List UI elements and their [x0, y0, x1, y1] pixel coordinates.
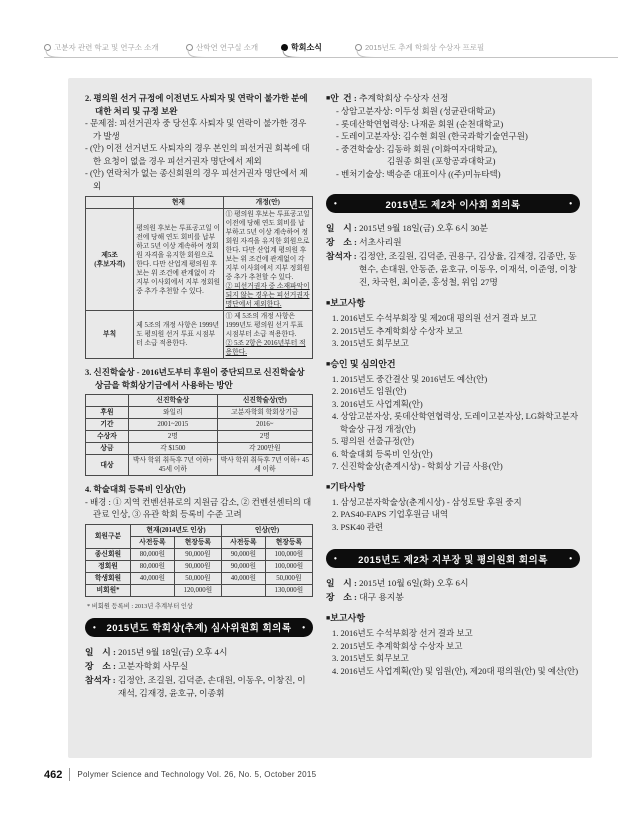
list-item: 3. PSK40 관련	[332, 521, 580, 534]
list-item: 1. 삼성고분자학술상(춘계시상) - 삼성토탈 후원 중지	[332, 496, 580, 509]
meeting-title-bar: 2015년도 학회상(추계) 심사위원회 회의록	[85, 618, 313, 637]
col-onsite-registration: 현장등록	[174, 536, 221, 548]
meeting-title-bar: 2015년도 제2차 이사회 회의록	[326, 194, 580, 213]
meeting-date-row: 일 시 2015년 10월 6일(화) 오후 6시	[326, 577, 580, 590]
journal-footer-text: Polymer Science and Technology Vol. 26, …	[77, 770, 316, 779]
award-winner-line: - 중견학술상: 김동하 회원 (이화여자대학교),	[336, 143, 580, 156]
list-item: 3. 2015년도 회무보고	[332, 337, 580, 350]
item-bullets: - 배경 : ① 지역 컨벤션뷰로의 지원금 감소, ② 컨벤션센터의 대관료 …	[85, 496, 313, 521]
approval-list: 1. 2015년도 중간결산 및 2016년도 예산(안)2. 2016년도 임…	[326, 373, 580, 473]
agenda-heading: 안 건 추계학회상 수상자 선정	[326, 92, 580, 105]
table-row: 제5조 (후보자격) 평의원 후보는 투표공고일 이전에 당해 연도 회비를 납…	[86, 209, 313, 311]
page-footer: 462 Polymer Science and Technology Vol. …	[44, 768, 316, 781]
table-row: 후원 와일리 고분자학회 학회상기금	[86, 407, 313, 419]
etc-section-heading: 기타사항	[326, 481, 580, 494]
registration-fee-table: 회원구분 현재(2014년도 인상) 인상(안) 사전등록 현장등록 사전등록 …	[85, 524, 313, 597]
table-header-row: 신진학술상 신진학술상(안)	[86, 395, 313, 407]
revised-clause-2: ② 5조 2항은 2016년부터 적용한다.	[226, 339, 310, 357]
revised-clause-1: ① 제 5조의 개정 사항은 1999년도 평의원 선거 투표 시점부터 소급 …	[226, 312, 310, 339]
meeting-date-row: 일 시 2015년 9월 18일(금) 오후 4시	[85, 646, 313, 659]
meeting-date-row: 일 시 2015년 9월 18일(금) 오후 6시 30분	[326, 222, 580, 235]
table-row: 수상자 2명 2명	[86, 431, 313, 443]
table-row: 종신회원 80,000원 90,000원 90,000원 100,000원	[86, 548, 313, 560]
table-row: 정회원 80,000원 90,000원 90,000원 100,000원	[86, 560, 313, 572]
col-pre-registration: 사전등록	[131, 536, 175, 548]
content-panel: 2. 평의원 선거 규정에 이전년도 사퇴자 및 연락이 불가한 분에 대한 처…	[68, 78, 592, 758]
revised-clause-2: ② 피선거권자 중 소재파악이 되지 않는 경우는 피선거권자 명단에서 제외한…	[226, 282, 310, 309]
list-item: 6. 학술대회 등록비 인상(안)	[332, 448, 580, 461]
table-header-row: 회원구분 현재(2014년도 인상) 인상(안)	[86, 524, 313, 536]
meeting-attendees-row: 참석자 김정안, 조길원, 김덕준, 권용구, 김상율, 김재경, 김종만, 동…	[326, 250, 580, 289]
list-item: 2. 2016년도 임원(안)	[332, 385, 580, 398]
bylaw-revision-table: 현재 개정(안) 제5조 (후보자격) 평의원 후보는 투표공고일 이전에 당해…	[85, 196, 313, 359]
report-list: 1. 2016년도 수석부회장 및 제20대 평의원 선거 결과 보고2. 20…	[326, 312, 580, 350]
award-winner-line: 김원종 회원 (포항공과대학교)	[336, 155, 580, 168]
table-row: 부칙 제 5조의 개정 사항은 1999년도 평의원 선거 투표 시점부터 소급…	[86, 311, 313, 359]
item-title: 4. 학술대회 등록비 인상(안)	[85, 483, 313, 496]
list-item: 2. PAS40-FAPS 기업후원금 내역	[332, 508, 580, 521]
col-raised-fee: 인상(안)	[221, 524, 312, 536]
col-current-fee: 현재(2014년도 인상)	[131, 524, 222, 536]
fee-table-footnote: * 비회원 등록비 : 2013년 추계부터 인상	[87, 601, 313, 610]
table-header-row: 현재 개정(안)	[86, 197, 313, 209]
meeting-title: 2015년도 제2차 이사회 회의록	[337, 197, 569, 211]
bullet-line: - (안) 이전 선거년도 사퇴자의 경우 본인의 피선거권 회복에 대한 요청…	[85, 142, 313, 167]
bullet-line: - 배경 : ① 지역 컨벤션뷰로의 지원금 감소, ② 컨벤션센터의 대관료 …	[85, 496, 313, 521]
report-section-heading: 보고사항	[326, 297, 580, 310]
list-item: 3. 2016년도 사업계획(안)	[332, 398, 580, 411]
item-title: 3. 신진학술상 - 2016년도부터 후원이 중단되므로 신진학술상 상금을 …	[85, 366, 313, 391]
page-number: 462	[44, 769, 62, 781]
list-item: 1. 2016년도 수석부회장 및 제20대 평의원 선거 결과 보고	[332, 312, 580, 325]
table-row: 대상 박사 학위 취득후 7년 이하+ 45세 이하 박사 학위 취득후 7년 …	[86, 455, 313, 476]
col-old: 신진학술상	[129, 395, 218, 407]
item-bullets: - 문제점: 피선거권자 중 당선후 사퇴자 및 연락이 불가한 경우가 발생-…	[85, 117, 313, 192]
table-row: 기간 2001~2015 2016~	[86, 419, 313, 431]
empty-header-cell	[86, 197, 134, 209]
col-new: 신진학술상(안)	[217, 395, 312, 407]
meeting-title-bar: 2015년도 제2차 지부장 및 평의원회 회의록	[326, 549, 580, 568]
list-item: 7. 신진학술상(춘계시상) - 학회상 기금 사용(안)	[332, 460, 580, 473]
meeting-place-row: 장 소 대구 용지봉	[326, 591, 580, 604]
etc-list: 1. 삼성고분자학술상(춘계시상) - 삼성토탈 후원 중지2. PAS40-F…	[326, 496, 580, 534]
award-winner-line: - 벤처기술상: 백승준 대표이사 ((주)미뉴타텍)	[336, 168, 580, 181]
list-item: 5. 평의원 선출규정(안)	[332, 435, 580, 448]
table-row: 학생회원 40,000원 50,000원 40,000원 50,000원	[86, 572, 313, 584]
nav-connector-lines	[0, 40, 621, 64]
journal-page: 고분자 관련 학교 및 연구소 소개 산학연 연구실 소개 학회소식 2015년…	[0, 0, 621, 830]
meeting-place-row: 장 소 고분자학회 사무실	[85, 660, 313, 673]
list-item: 2. 2015년도 추계학회상 수상자 보고	[332, 325, 580, 338]
table-row: 비회원* 120,000원 130,000원	[86, 584, 313, 596]
list-item: 2. 2015년도 추계학회상 수상자 보고	[332, 640, 580, 653]
col-current: 현재	[134, 197, 223, 209]
col-member-type: 회원구분	[86, 524, 131, 548]
empty-header-cell	[86, 395, 129, 407]
award-winner-line: - 롯데산학연협력상: 나재운 회원 (순천대학교)	[336, 118, 580, 131]
meeting-place-row: 장 소 서초사리원	[326, 236, 580, 249]
item-title: 2. 평의원 선거 규정에 이전년도 사퇴자 및 연락이 불가한 분에 대한 처…	[85, 92, 313, 117]
young-scholar-award-table: 신진학술상 신진학술상(안) 후원 와일리 고분자학회 학회상기금 기간 200…	[85, 394, 313, 476]
bullet-line: - (안) 연락처가 없는 종신회원의 경우 피선거권자 명단에서 제외	[85, 167, 313, 192]
list-item: 4. 상암고분자상, 롯데산학연협력상, 도레이고분자상, LG화학고분자학술상…	[332, 410, 580, 435]
meeting-title: 2015년도 제2차 지부장 및 평의원회 회의록	[337, 552, 569, 566]
left-column: 2. 평의원 선거 규정에 이전년도 사퇴자 및 연락이 불가한 분에 대한 처…	[85, 92, 313, 701]
meeting-attendees-row: 참석자 김정안, 조길원, 김덕준, 손대원, 이동우, 이창진, 이재석, 김…	[85, 674, 313, 700]
report-section-heading: 보고사항	[326, 612, 580, 625]
bullet-line: - 문제점: 피선거권자 중 당선후 사퇴자 및 연락이 불가한 경우가 발생	[85, 117, 313, 142]
list-item: 4. 2016년도 사업계획(안) 및 임원(안), 제20대 평의원(안) 및…	[332, 665, 580, 678]
agenda-item-4: 4. 학술대회 등록비 인상(안) - 배경 : ① 지역 컨벤션뷰로의 지원금…	[85, 483, 313, 521]
col-onsite-registration: 현장등록	[265, 536, 312, 548]
col-pre-registration: 사전등록	[221, 536, 265, 548]
agenda-item-2: 2. 평의원 선거 규정에 이전년도 사퇴자 및 연락이 불가한 분에 대한 처…	[85, 92, 313, 192]
report-list: 1. 2016년도 수석부회장 선거 결과 보고2. 2015년도 추계학회상 …	[326, 627, 580, 677]
revised-clause-1: ① 평의원 후보는 투표공고일 이전에 당해 연도 회비를 납부하고 5년 이상…	[226, 210, 310, 282]
list-item: 1. 2015년도 중간결산 및 2016년도 예산(안)	[332, 373, 580, 386]
award-winner-list: - 상암고분자상: 이두성 회원 (성균관대학교)- 롯데산학연협력상: 나재운…	[326, 105, 580, 180]
meeting-title: 2015년도 학회상(추계) 심사위원회 회의록	[96, 620, 302, 634]
award-winner-line: - 상암고분자상: 이두성 회원 (성균관대학교)	[336, 105, 580, 118]
list-item: 3. 2015년도 회무보고	[332, 652, 580, 665]
table-row: 상금 각 $1500 각 200만원	[86, 443, 313, 455]
agenda-item-3: 3. 신진학술상 - 2016년도부터 후원이 중단되므로 신진학술상 상금을 …	[85, 366, 313, 391]
approval-section-heading: 승인 및 심의안건	[326, 358, 580, 371]
list-item: 1. 2016년도 수석부회장 선거 결과 보고	[332, 627, 580, 640]
footer-divider	[69, 768, 70, 781]
award-winner-line: - 도레이고분자상: 김수현 회원 (한국과학기술연구원)	[336, 130, 580, 143]
right-column: 안 건 추계학회상 수상자 선정 - 상암고분자상: 이두성 회원 (성균관대학…	[326, 92, 580, 701]
col-revised: 개정(안)	[223, 197, 312, 209]
